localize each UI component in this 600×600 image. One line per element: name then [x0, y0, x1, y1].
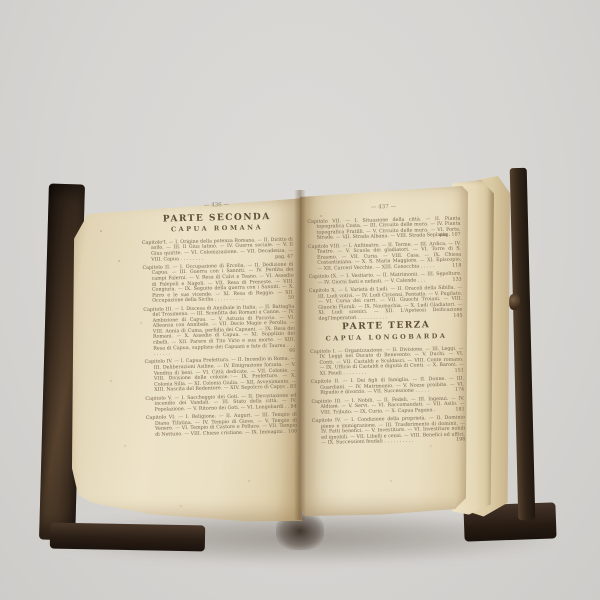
- toc-entry-page: 50: [288, 296, 294, 302]
- left-page-number: — 436 —: [141, 202, 292, 211]
- right-page-text: — 437 — Capitolo VII. — I. Situazione de…: [307, 204, 465, 450]
- toc-entry: Capitolo V. — I. Saccheggio dei Goti. — …: [145, 393, 296, 413]
- toc-entry: Capitolo II. — I. Occupazione di Ercolia…: [142, 262, 294, 305]
- toc-entry: Capitolo VII. — I. Situazione della citt…: [307, 216, 460, 242]
- toc-entry: Capitolo I. — Organizzazione. — II. Divi…: [310, 346, 464, 377]
- toc-entry: Capitolo X. — I. Varietà di Ludi. — II. …: [309, 285, 463, 322]
- toc-entry-text: Capitolo VII. — I. Situazione della citt…: [307, 216, 460, 241]
- toc-entry: Capitolo II. — I. Dei figli di famiglia.…: [311, 377, 464, 397]
- toc-entry: Capitolo III. — I. Discesa di Annibale i…: [143, 304, 295, 358]
- toc-entry-page: pag. 47: [275, 254, 293, 260]
- book-cover-right-edge: [510, 168, 536, 520]
- toc-entry: Capitolo IX. — I. Vestiario. — II. Matri…: [309, 272, 462, 287]
- capua-longobarda-heading: CAPUA LONGOBARDA: [310, 334, 463, 343]
- toc-entry-text: Capitolo V. — I. Saccheggio dei Goti. — …: [145, 393, 296, 412]
- toc-entry-text: Capitolo I. — Organizzazione. — II. Divi…: [310, 346, 463, 377]
- toc-entry-page: 133: [452, 277, 461, 283]
- capua-romana-heading: CAPUA ROMANA: [142, 225, 293, 234]
- toc-entry-text: Capitolo II. — I. Dei figli di famiglia.…: [311, 377, 464, 396]
- toc-entry-text: Capitolo X. — I. Varietà di Ludi. — II. …: [309, 285, 463, 321]
- book-cover-bottom-left: [50, 523, 205, 552]
- toc-entry-text: Capitolo IX. — I. Vestiario. — II. Matri…: [309, 272, 462, 286]
- toc-entry: Capitolo IV. — I. Condizione della propr…: [312, 415, 466, 446]
- toc-entry-text: Capitolo I. — I. Origine della potenza R…: [142, 237, 293, 262]
- toc-entry-text: Capitolo II. — I. Occupazione di Ercolia…: [142, 262, 294, 304]
- fox-spots-left: [100, 230, 102, 232]
- toc-entry-page: pag. 107: [439, 233, 460, 239]
- toc-entry-text: Capitolo III. — I. Discesa di Annibale i…: [143, 304, 295, 357]
- part-seconda-heading: PARTE SECONDA: [141, 214, 292, 223]
- toc-entry-page: 66: [289, 349, 295, 355]
- toc-entry-page: 83: [290, 385, 296, 391]
- book-gutter: [294, 190, 306, 520]
- toc-entry: Capitolo III. — I. Nobili. — II. Fedeli.…: [311, 396, 464, 416]
- toc-entry: Capitolo VIII. — I. Anfiteatro. — II. Te…: [308, 241, 462, 272]
- toc-entry-page: 151: [455, 369, 464, 375]
- toc-entry-page: 100: [288, 429, 297, 435]
- toc-entry: Capitolo VI. — I. Religione. — II. Augur…: [146, 412, 297, 438]
- clasp-remnant: [509, 294, 520, 310]
- toc-entry-page: 94: [290, 404, 296, 410]
- toc-entry: Capitolo I. — I. Origine della potenza R…: [142, 237, 293, 263]
- toc-entry-text: Capitolo IV. — I. Condizione della propr…: [312, 415, 465, 446]
- left-page-text: — 436 — PARTE SECONDA CAPUA ROMANA Capit…: [141, 202, 297, 441]
- toc-entry-page: 118: [452, 263, 461, 269]
- toc-entry-page: 145: [453, 313, 462, 319]
- toc-entry-page: 174: [455, 388, 464, 394]
- toc-entry-text: Capitolo VI. — I. Religione. — II. Augur…: [146, 412, 297, 437]
- toc-entry: Capitolo IV. — I. Capua Prefettura. — II…: [145, 357, 297, 394]
- toc-entry-text: Capitolo IV. — I. Capua Prefettura. — II…: [145, 357, 297, 393]
- toc-entry-text: Capitolo VIII. — I. Anfiteatro. — II. Te…: [308, 241, 461, 272]
- toc-entry-page: 181: [455, 407, 464, 413]
- toc-entry-text: Capitolo III. — I. Nobili. — II. Fedeli.…: [311, 396, 464, 415]
- toc-entry-page: 198: [456, 438, 465, 444]
- photo-background: — 436 — PARTE SECONDA CAPUA ROMANA Capit…: [0, 0, 600, 600]
- part-terza-heading: PARTE TERZA: [310, 323, 463, 332]
